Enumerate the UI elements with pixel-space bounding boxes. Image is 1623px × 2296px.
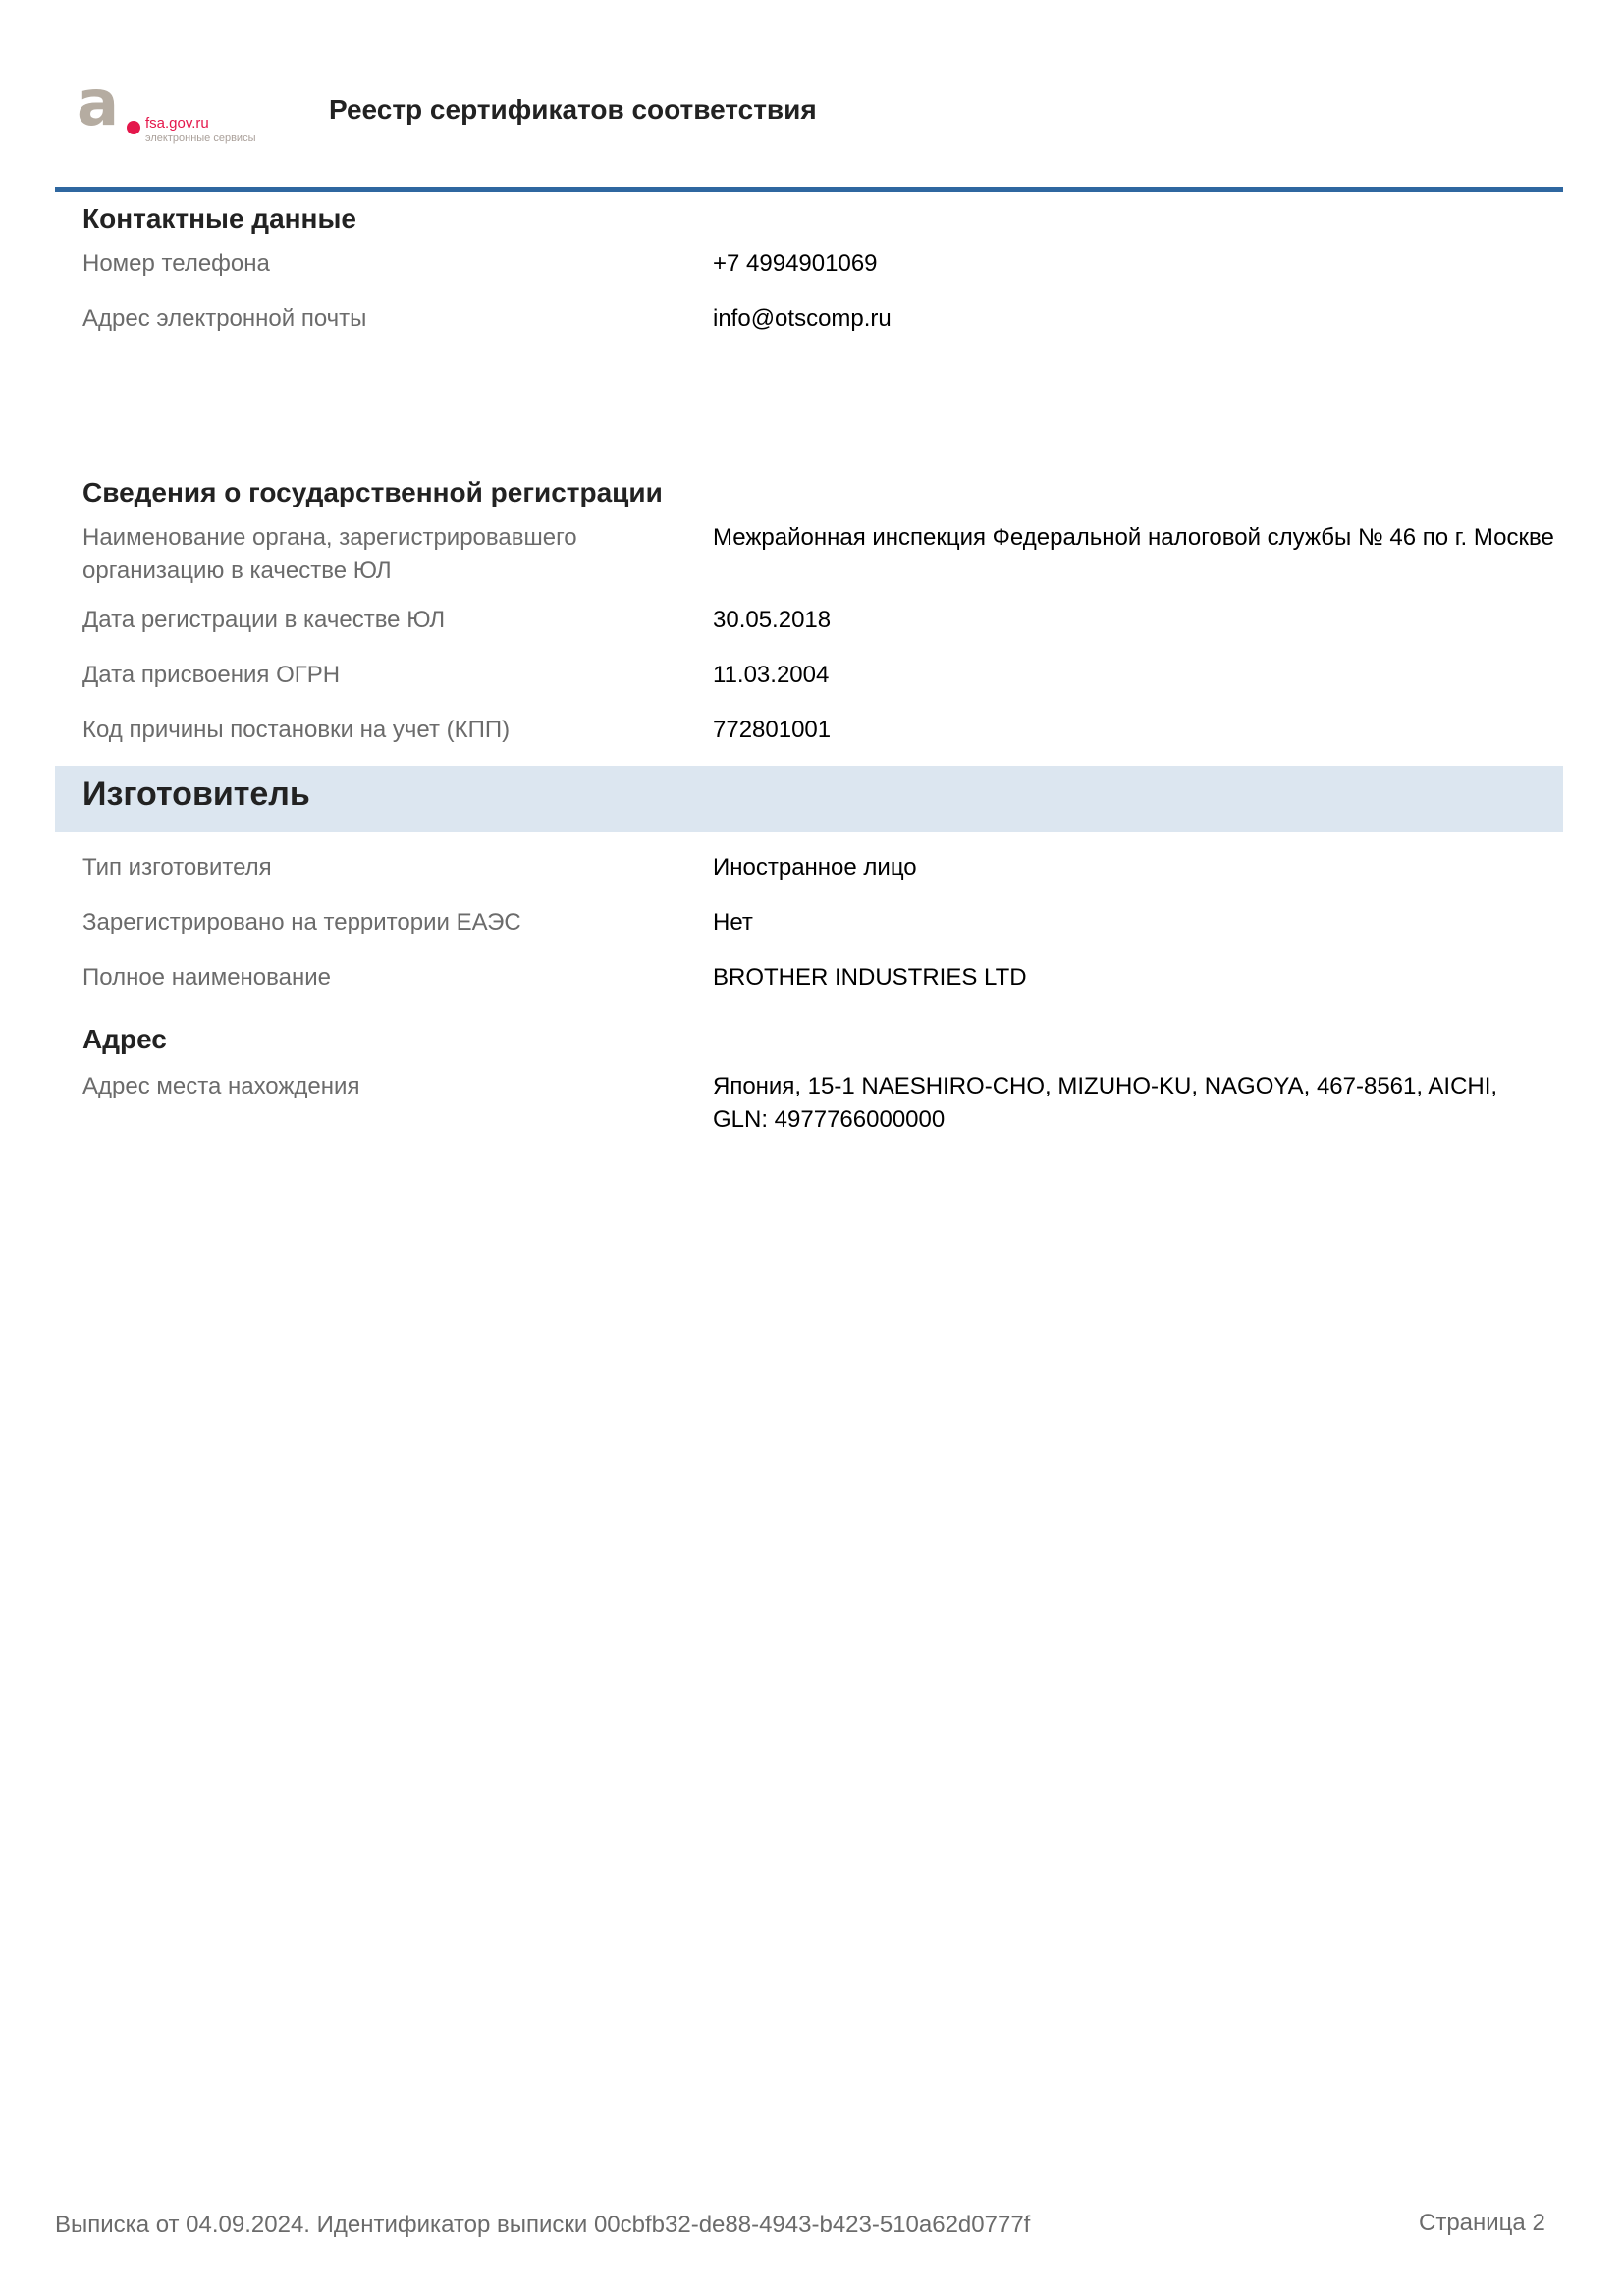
- header-divider: [55, 187, 1563, 192]
- field-value-eaeu: Нет: [713, 906, 1557, 939]
- field-label: Зарегистрировано на территории ЕАЭС: [82, 906, 632, 939]
- footer-extract-id: Выписка от 04.09.2024. Идентификатор вып…: [55, 2212, 1030, 2239]
- field-label: Наименование органа, зарегистрировавшего…: [82, 521, 632, 588]
- section-band-manufacturer: Изготовитель: [55, 766, 1563, 832]
- field-label: Полное наименование: [82, 961, 632, 994]
- field-value-reg-date: 30.05.2018: [713, 604, 1557, 637]
- field-value-registrar: Межрайонная инспекция Федеральной налого…: [713, 521, 1557, 555]
- logo-letter-icon: а: [77, 73, 119, 135]
- section-title-registration: Сведения о государственной регистрации: [82, 477, 663, 508]
- fsa-logo: а fsa.gov.ru электронные сервисы: [77, 77, 273, 145]
- logo-site: fsa.gov.ru: [145, 115, 209, 132]
- field-value-kpp: 772801001: [713, 714, 1557, 747]
- field-label: Код причины постановки на учет (КПП): [82, 714, 632, 747]
- section-title-manufacturer: Изготовитель: [82, 775, 310, 814]
- section-title-address: Адрес: [82, 1024, 167, 1055]
- document-title: Реестр сертификатов соответствия: [329, 94, 817, 126]
- page-number: Страница 2: [1419, 2210, 1545, 2237]
- field-label: Адрес места нахождения: [82, 1070, 632, 1103]
- field-label: Адрес электронной почты: [82, 302, 632, 336]
- field-label: Тип изготовителя: [82, 851, 632, 884]
- section-title-contacts: Контактные данные: [82, 203, 356, 235]
- field-value-email: info@otscomp.ru: [713, 302, 1557, 336]
- logo-dot-icon: [127, 121, 140, 134]
- field-label: Дата регистрации в качестве ЮЛ: [82, 604, 632, 637]
- field-value-manufacturer-type: Иностранное лицо: [713, 851, 1557, 884]
- field-value-phone: +7 4994901069: [713, 247, 1557, 281]
- field-label: Дата присвоения ОГРН: [82, 659, 632, 692]
- logo-subtitle: электронные сервисы: [145, 133, 255, 144]
- field-label: Номер телефона: [82, 247, 632, 281]
- field-value-full-name: BROTHER INDUSTRIES LTD: [713, 961, 1557, 994]
- field-value-address: Япония, 15-1 NAESHIRO-CHO, MIZUHO-KU, NA…: [713, 1070, 1557, 1137]
- field-value-ogrn-date: 11.03.2004: [713, 659, 1557, 692]
